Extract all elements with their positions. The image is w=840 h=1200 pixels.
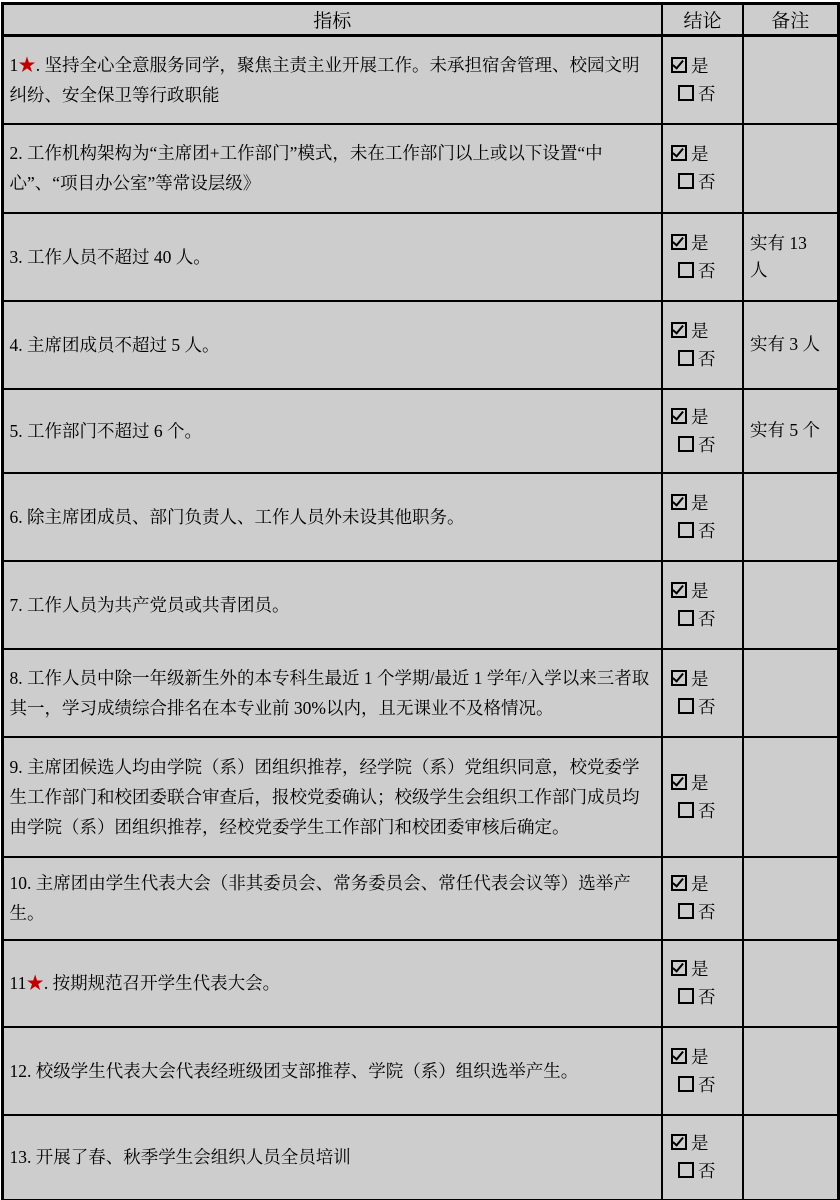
option-yes-label: 是: [691, 1047, 709, 1067]
table-row: 11★. 按期规范召开学生代表大会。 是 否: [2, 940, 838, 1027]
remark-cell: [743, 857, 838, 940]
table-row: 7. 工作人员为共产党员或共青团员。 是 否: [2, 561, 838, 649]
option-yes[interactable]: 是: [671, 229, 740, 257]
conclusion-cell: 是 否: [662, 389, 743, 473]
option-no-label: 否: [698, 987, 716, 1007]
item-number: 10: [10, 873, 28, 893]
option-no-label: 否: [698, 609, 716, 629]
indicator-cell: 10. 主席团由学生代表大会（非其委员会、常务委员会、常任代表会议等）选举产生。: [2, 857, 662, 940]
unchecked-checkbox-icon[interactable]: [678, 988, 694, 1004]
item-number: 11: [10, 973, 27, 993]
option-no[interactable]: 否: [671, 517, 740, 545]
option-yes-label: 是: [691, 669, 709, 689]
option-yes-label: 是: [691, 773, 709, 793]
remark-cell: [743, 940, 838, 1027]
indicator-cell: 2. 工作机构架构为“主席团+工作部门”模式，未在工作部门以上或以下设置“中心”…: [2, 124, 662, 213]
option-no-label: 否: [698, 521, 716, 541]
header-remark: 备注: [743, 4, 838, 36]
priority-star-icon: ★: [26, 973, 44, 993]
remark-cell: 实有 3 人: [743, 301, 838, 389]
option-no-label: 否: [698, 801, 716, 821]
table-row: 6. 除主席团成员、部门负责人、工作人员外未设其他职务。 是 否: [2, 473, 838, 561]
option-yes[interactable]: 是: [671, 665, 740, 693]
option-no[interactable]: 否: [671, 80, 740, 108]
conclusion-cell: 是 否: [662, 940, 743, 1027]
option-yes-label: 是: [691, 493, 709, 513]
item-number: 2: [10, 143, 19, 163]
option-yes[interactable]: 是: [671, 870, 740, 898]
option-no-label: 否: [698, 697, 716, 717]
checked-checkbox-icon[interactable]: [671, 234, 687, 250]
table-row: 3. 工作人员不超过 40 人。 是 否 实有 13 人: [2, 213, 838, 301]
item-number: 9: [10, 757, 19, 777]
indicator-cell: 12. 校级学生代表大会代表经班级团支部推荐、学院（系）组织选举产生。: [2, 1027, 662, 1115]
checklist-table: 指标 结论 备注 1★. 坚持全心全意服务同学，聚焦主责主业开展工作。未承担宿舍…: [1, 2, 840, 1200]
table-row: 10. 主席团由学生代表大会（非其委员会、常务委员会、常任代表会议等）选举产生。…: [2, 857, 838, 940]
priority-star-icon: ★: [18, 55, 36, 75]
table-row: 8. 工作人员中除一年级新生外的本专科生最近 1 个学期/最近 1 学年/入学以…: [2, 649, 838, 737]
indicator-cell: 9. 主席团候选人均由学院（系）团组织推荐，经学院（系）党组织同意，校党委学生工…: [2, 737, 662, 857]
header-row: 指标 结论 备注: [2, 4, 838, 36]
indicator-cell: 1★. 坚持全心全意服务同学，聚焦主责主业开展工作。未承担宿舍管理、校园文明纠纷…: [2, 36, 662, 124]
indicator-text: . 工作机构架构为“主席团+工作部门”模式，未在工作部门以上或以下设置“中心”、…: [10, 143, 603, 193]
item-number: 1: [10, 55, 19, 75]
option-yes[interactable]: 是: [671, 52, 740, 80]
option-no-label: 否: [698, 84, 716, 104]
option-no[interactable]: 否: [671, 693, 740, 721]
indicator-text: . 按期规范召开学生代表大会。: [44, 973, 280, 993]
option-yes-label: 是: [691, 56, 709, 76]
indicator-text: . 校级学生代表大会代表经班级团支部推荐、学院（系）组织选举产生。: [27, 1061, 578, 1081]
checked-checkbox-icon[interactable]: [671, 322, 687, 338]
option-yes[interactable]: 是: [671, 955, 740, 983]
conclusion-cell: 是 否: [662, 737, 743, 857]
unchecked-checkbox-icon[interactable]: [678, 262, 694, 278]
indicator-cell: 6. 除主席团成员、部门负责人、工作人员外未设其他职务。: [2, 473, 662, 561]
option-yes[interactable]: 是: [671, 1129, 740, 1157]
indicator-cell: 13. 开展了春、秋季学生会组织人员全员培训: [2, 1115, 662, 1200]
conclusion-cell: 是 否: [662, 561, 743, 649]
option-yes-label: 是: [691, 407, 709, 427]
option-no[interactable]: 否: [671, 605, 740, 633]
checked-checkbox-icon[interactable]: [671, 1134, 687, 1150]
table-row: 12. 校级学生代表大会代表经班级团支部推荐、学院（系）组织选举产生。 是 否: [2, 1027, 838, 1115]
item-number: 8: [10, 668, 19, 688]
option-no[interactable]: 否: [671, 797, 740, 825]
remark-cell: [743, 649, 838, 737]
table-row: 4. 主席团成员不超过 5 人。 是 否 实有 3 人: [2, 301, 838, 389]
remark-cell: [743, 1027, 838, 1115]
unchecked-checkbox-icon[interactable]: [678, 85, 694, 101]
remark-cell: 实有 5 个: [743, 389, 838, 473]
conclusion-cell: 是 否: [662, 649, 743, 737]
indicator-cell: 5. 工作部门不超过 6 个。: [2, 389, 662, 473]
indicator-text: . 主席团成员不超过 5 人。: [18, 335, 219, 355]
indicator-text: . 开展了春、秋季学生会组织人员全员培训: [27, 1147, 351, 1167]
table-row: 5. 工作部门不超过 6 个。 是 否 实有 5 个: [2, 389, 838, 473]
item-number: 12: [10, 1061, 28, 1081]
option-no[interactable]: 否: [671, 983, 740, 1011]
option-yes[interactable]: 是: [671, 317, 740, 345]
checked-checkbox-icon[interactable]: [671, 960, 687, 976]
remark-cell: [743, 124, 838, 213]
conclusion-cell: 是 否: [662, 124, 743, 213]
option-yes-label: 是: [691, 1133, 709, 1153]
unchecked-checkbox-icon[interactable]: [678, 173, 694, 189]
checked-checkbox-icon[interactable]: [671, 57, 687, 73]
option-no[interactable]: 否: [671, 1157, 740, 1185]
conclusion-cell: 是 否: [662, 857, 743, 940]
table-row: 9. 主席团候选人均由学院（系）团组织推荐，经学院（系）党组织同意，校党委学生工…: [2, 737, 838, 857]
checked-checkbox-icon[interactable]: [671, 670, 687, 686]
indicator-text: . 工作人员为共产党员或共青团员。: [18, 595, 289, 615]
option-no[interactable]: 否: [671, 1071, 740, 1099]
option-no-label: 否: [698, 435, 716, 455]
option-no-label: 否: [698, 172, 716, 192]
option-yes[interactable]: 是: [671, 577, 740, 605]
item-number: 7: [10, 595, 19, 615]
conclusion-cell: 是 否: [662, 213, 743, 301]
unchecked-checkbox-icon[interactable]: [678, 1076, 694, 1092]
remark-cell: [743, 36, 838, 124]
option-yes[interactable]: 是: [671, 403, 740, 431]
option-no[interactable]: 否: [671, 168, 740, 196]
option-yes[interactable]: 是: [671, 489, 740, 517]
option-no-label: 否: [698, 1161, 716, 1181]
unchecked-checkbox-icon[interactable]: [678, 436, 694, 452]
unchecked-checkbox-icon[interactable]: [678, 522, 694, 538]
item-number: 3: [10, 247, 19, 267]
indicator-text: . 工作人员中除一年级新生外的本专科生最近 1 个学期/最近 1 学年/入学以来…: [10, 668, 650, 718]
option-no[interactable]: 否: [671, 257, 740, 285]
indicator-cell: 11★. 按期规范召开学生代表大会。: [2, 940, 662, 1027]
item-number: 4: [10, 335, 19, 355]
conclusion-cell: 是 否: [662, 473, 743, 561]
option-no-label: 否: [698, 349, 716, 369]
table-row: 2. 工作机构架构为“主席团+工作部门”模式，未在工作部门以上或以下设置“中心”…: [2, 124, 838, 213]
checked-checkbox-icon[interactable]: [671, 875, 687, 891]
remark-cell: [743, 1115, 838, 1200]
unchecked-checkbox-icon[interactable]: [678, 802, 694, 818]
unchecked-checkbox-icon[interactable]: [678, 610, 694, 626]
option-yes-label: 是: [691, 233, 709, 253]
table-row: 1★. 坚持全心全意服务同学，聚焦主责主业开展工作。未承担宿舍管理、校园文明纠纷…: [2, 36, 838, 124]
remark-cell: [743, 473, 838, 561]
unchecked-checkbox-icon[interactable]: [678, 350, 694, 366]
remark-cell: 实有 13 人: [743, 213, 838, 301]
option-no-label: 否: [698, 902, 716, 922]
indicator-text: . 主席团候选人均由学院（系）团组织推荐，经学院（系）党组织同意，校党委学生工作…: [10, 757, 640, 837]
indicator-cell: 7. 工作人员为共产党员或共青团员。: [2, 561, 662, 649]
option-no-label: 否: [698, 1075, 716, 1095]
header-conclusion: 结论: [662, 4, 743, 36]
option-yes[interactable]: 是: [671, 1043, 740, 1071]
conclusion-cell: 是 否: [662, 36, 743, 124]
checked-checkbox-icon[interactable]: [671, 145, 687, 161]
unchecked-checkbox-icon[interactable]: [678, 1162, 694, 1178]
unchecked-checkbox-icon[interactable]: [678, 903, 694, 919]
indicator-text: . 除主席团成员、部门负责人、工作人员外未设其他职务。: [18, 507, 464, 527]
option-yes-label: 是: [691, 321, 709, 341]
indicator-cell: 3. 工作人员不超过 40 人。: [2, 213, 662, 301]
indicator-cell: 4. 主席团成员不超过 5 人。: [2, 301, 662, 389]
option-no[interactable]: 否: [671, 431, 740, 459]
option-yes-label: 是: [691, 874, 709, 894]
header-indicator: 指标: [2, 4, 662, 36]
item-number: 13: [10, 1147, 28, 1167]
conclusion-cell: 是 否: [662, 301, 743, 389]
option-no[interactable]: 否: [671, 345, 740, 373]
option-no[interactable]: 否: [671, 898, 740, 926]
indicator-text: . 主席团由学生代表大会（非其委员会、常务委员会、常任代表会议等）选举产生。: [10, 873, 631, 923]
option-yes[interactable]: 是: [671, 140, 740, 168]
checked-checkbox-icon[interactable]: [671, 1048, 687, 1064]
indicator-text: . 工作部门不超过 6 个。: [18, 421, 202, 441]
checked-checkbox-icon[interactable]: [671, 408, 687, 424]
checked-checkbox-icon[interactable]: [671, 494, 687, 510]
conclusion-cell: 是 否: [662, 1027, 743, 1115]
indicator-text: . 坚持全心全意服务同学，聚焦主责主业开展工作。未承担宿舍管理、校园文明纠纷、安…: [10, 55, 640, 105]
item-number: 6: [10, 507, 19, 527]
remark-cell: [743, 737, 838, 857]
remark-cell: [743, 561, 838, 649]
unchecked-checkbox-icon[interactable]: [678, 698, 694, 714]
option-yes-label: 是: [691, 144, 709, 164]
option-no-label: 否: [698, 261, 716, 281]
indicator-cell: 8. 工作人员中除一年级新生外的本专科生最近 1 个学期/最近 1 学年/入学以…: [2, 649, 662, 737]
checked-checkbox-icon[interactable]: [671, 582, 687, 598]
option-yes-label: 是: [691, 959, 709, 979]
indicator-text: . 工作人员不超过 40 人。: [18, 247, 211, 267]
checked-checkbox-icon[interactable]: [671, 774, 687, 790]
option-yes[interactable]: 是: [671, 769, 740, 797]
conclusion-cell: 是 否: [662, 1115, 743, 1200]
option-yes-label: 是: [691, 581, 709, 601]
table-row: 13. 开展了春、秋季学生会组织人员全员培训 是 否: [2, 1115, 838, 1200]
item-number: 5: [10, 421, 19, 441]
